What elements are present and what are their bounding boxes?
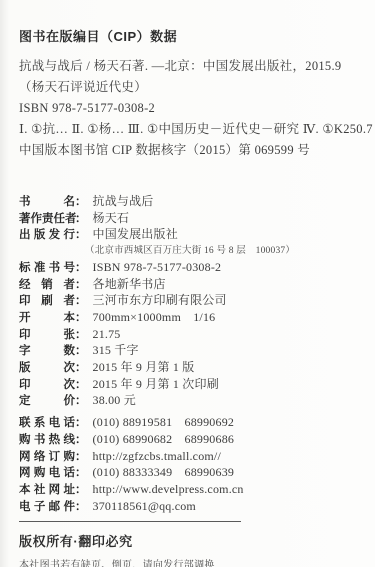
row-value: 中国发展出版社 [93, 227, 178, 243]
row-colon: ： [75, 261, 87, 277]
cip-classification-line: Ⅰ. ①抗… Ⅱ. ①杨… Ⅲ. ①中国历史－近代史－研究 Ⅳ. ①K250.7 [19, 119, 365, 140]
pub-row-printer: 印刷者：三河市东方印刷有限公司 [19, 293, 365, 310]
contact-row-email: 电子邮件：370118561@qq.com [19, 499, 365, 516]
pub-row-publisher-address: （北京市西城区百万庄大街 16 号 8 层 100037） [19, 244, 365, 260]
publisher-address: （北京市西城区百万庄大街 16 号 8 层 100037） [85, 244, 295, 260]
row-value: 抗战与战后 [93, 194, 154, 210]
contact-row-online-store: 网络订购：http://zgfzcbs.tmall.com// [19, 449, 365, 466]
pub-row-format: 开本：700mm×1000mm 1/16 [19, 310, 365, 327]
copyright-notice: 版权所有·翻印必究 [19, 531, 365, 550]
pub-row-isbn: 标准书号：ISBN 978-7-5177-0308-2 [19, 260, 365, 277]
row-label: 网络订购 [19, 450, 75, 466]
pub-row-author: 著作责任者：杨天石 [19, 211, 365, 228]
row-value: 315 千字 [93, 343, 139, 359]
row-label: 经销者 [19, 278, 75, 294]
copyright-page: 图书在版编目（CIP）数据 抗战与战后 / 杨天石著. —北京：中国发展出版社，… [0, 0, 375, 567]
row-value: 700mm×1000mm 1/16 [93, 310, 216, 326]
cip-heading: 图书在版编目（CIP）数据 [19, 28, 365, 46]
row-label: 印次 [19, 378, 75, 394]
row-label: 书名 [19, 195, 75, 211]
row-colon: ： [75, 344, 87, 360]
row-value: 2015 年 9 月第 1 版 [93, 360, 195, 376]
pub-row-distributor: 经销者：各地新华书店 [19, 277, 365, 294]
row-colon: ： [75, 483, 87, 499]
row-colon: ： [75, 278, 87, 294]
contact-row-phone: 联系电话：(010) 88919581 68990692 [19, 415, 365, 432]
pub-row-edition: 版次：2015 年 9 月第 1 版 [19, 360, 365, 377]
row-value: (010) 68990682 68990686 [93, 432, 235, 448]
row-value: 三河市东方印刷有限公司 [93, 293, 227, 309]
cip-section: 图书在版编目（CIP）数据 抗战与战后 / 杨天石著. —北京：中国发展出版社，… [19, 28, 365, 161]
cip-record-number-line: 中国版本图书馆 CIP 数据核字（2015）第 069599 号 [19, 140, 365, 161]
row-label: 印刷者 [19, 294, 75, 310]
row-value: 杨天石 [93, 211, 130, 227]
contact-row-hotline: 购书热线：(010) 68990682 68990686 [19, 432, 365, 449]
row-colon: ： [75, 394, 87, 410]
row-value: (010) 88919581 68990692 [93, 415, 235, 431]
row-label: 标准书号 [19, 261, 75, 277]
contact-row-online-phone: 网购电话：(010) 88333349 68990639 [19, 465, 365, 482]
pub-row-book-title: 书名：抗战与战后 [19, 194, 365, 211]
row-label: 著作责任者 [19, 212, 75, 228]
row-label: 本社网址 [19, 483, 75, 499]
pub-row-word-count: 字数：315 千字 [19, 343, 365, 360]
exchange-note: 本社图书若有缺页、倒页，请向发行部调换 [19, 556, 365, 567]
pub-row-price: 定价：38.00 元 [19, 393, 365, 410]
row-colon: ： [75, 294, 87, 310]
row-colon: ： [75, 500, 87, 516]
row-colon: ： [75, 466, 87, 482]
cip-isbn-line: ISBN 978-7-5177-0308-2 [19, 98, 365, 119]
row-colon: ： [75, 361, 87, 377]
row-value: ISBN 978-7-5177-0308-2 [93, 260, 222, 276]
row-label: 联系电话 [19, 416, 75, 432]
row-label: 字数 [19, 344, 75, 360]
row-label: 电子邮件 [19, 500, 75, 516]
row-label: 印张 [19, 328, 75, 344]
row-value: http://zgfzcbs.tmall.com// [93, 449, 222, 465]
cip-title-line: 抗战与战后 / 杨天石著. —北京：中国发展出版社，2015.9 [19, 56, 365, 77]
divider [19, 521, 241, 522]
contact-row-website: 本社网址：http://www.develpress.com.cn [19, 482, 365, 499]
row-colon: ： [75, 378, 87, 394]
row-colon: ： [75, 212, 87, 228]
row-label: 版次 [19, 361, 75, 377]
row-label: 出版发行 [19, 228, 75, 244]
row-value: 370118561@qq.com [93, 499, 196, 515]
row-colon: ： [75, 228, 87, 244]
pub-row-printing: 印次：2015 年 9 月第 1 次印刷 [19, 377, 365, 394]
contact-section: 联系电话：(010) 88919581 68990692 购书热线：(010) … [19, 415, 365, 515]
row-value: 21.75 [93, 327, 121, 343]
row-value: 38.00 元 [93, 393, 136, 409]
publication-section: 书名：抗战与战后 著作责任者：杨天石 出版发行：中国发展出版社 （北京市西城区百… [19, 194, 365, 410]
row-label: 购书热线 [19, 433, 75, 449]
row-label: 网购电话 [19, 466, 75, 482]
row-value: 2015 年 9 月第 1 次印刷 [93, 377, 219, 393]
pub-row-publisher: 出版发行：中国发展出版社 [19, 227, 365, 244]
cip-series-line: （杨天石评说近代史） [19, 77, 365, 98]
row-value: http://www.develpress.com.cn [93, 482, 244, 498]
row-colon: ： [75, 328, 87, 344]
row-label: 定价 [19, 394, 75, 410]
row-colon: ： [75, 311, 87, 327]
row-colon: ： [75, 195, 87, 211]
row-colon: ： [75, 450, 87, 466]
row-label: 开本 [19, 311, 75, 327]
row-colon: ： [75, 416, 87, 432]
row-value: 各地新华书店 [93, 277, 166, 293]
pub-row-sheets: 印张：21.75 [19, 327, 365, 344]
row-value: (010) 88333349 68990639 [93, 465, 235, 481]
row-colon: ： [75, 433, 87, 449]
